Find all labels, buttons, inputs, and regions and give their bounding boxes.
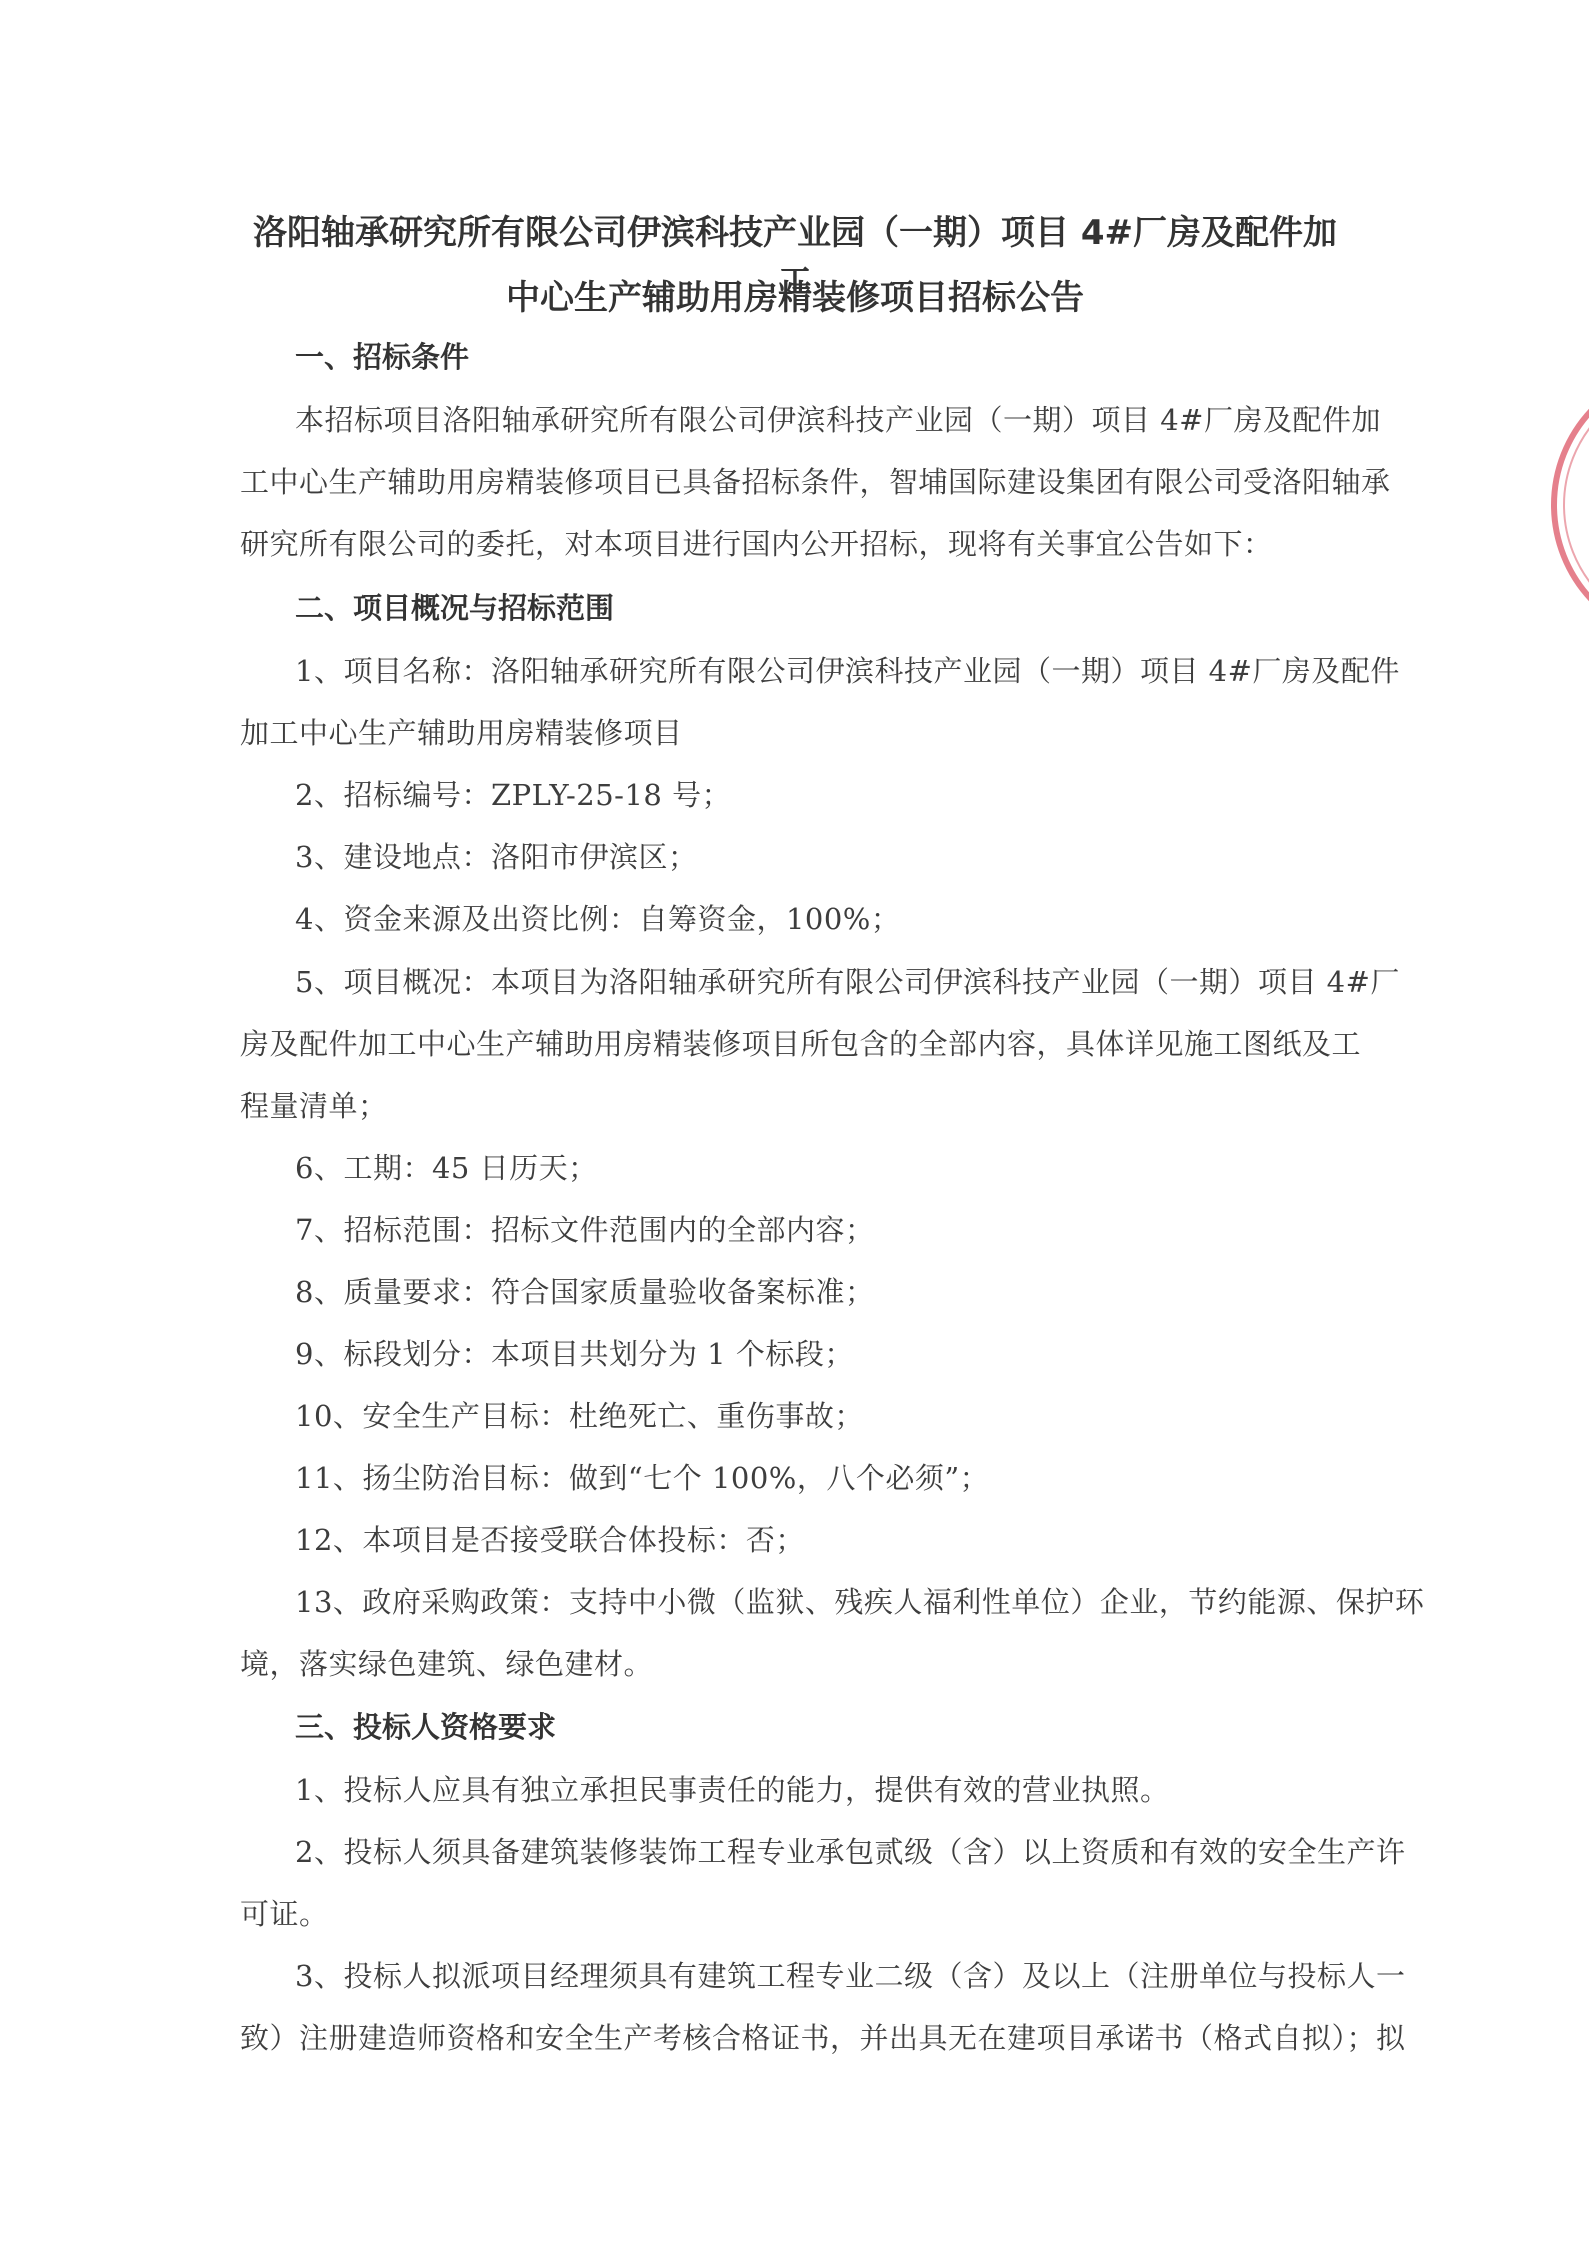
- list-item: 5、项目概况：本项目为洛阳轴承研究所有限公司伊滨科技产业园（一期）项目 4#厂: [295, 960, 1400, 1001]
- list-item: 12、本项目是否接受联合体投标：否；: [295, 1518, 805, 1559]
- list-item-continuation: 致）注册建造师资格和安全生产考核合格证书，并出具无在建项目承诺书（格式自拟）；拟: [240, 2016, 1406, 2057]
- list-item: 7、招标范围：招标文件范围内的全部内容；: [295, 1208, 874, 1249]
- list-item: 10、安全生产目标：杜绝死亡、重伤事故；: [295, 1394, 864, 1435]
- list-item: 8、质量要求：符合国家质量验收备案标准；: [295, 1270, 874, 1311]
- list-item-continuation: 程量清单；: [240, 1084, 388, 1125]
- list-item: 1、投标人应具有独立承担民事责任的能力，提供有效的营业执照。: [295, 1768, 1169, 1809]
- list-item-continuation: 房及配件加工中心生产辅助用房精装修项目所包含的全部内容，具体详见施工图纸及工: [240, 1022, 1361, 1063]
- paragraph-line: 本招标项目洛阳轴承研究所有限公司伊滨科技产业园（一期）项目 4#厂房及配件加: [295, 398, 1381, 439]
- section-heading-project-overview: 二、项目概况与招标范围: [295, 586, 614, 627]
- section-heading-bidder-qualifications: 三、投标人资格要求: [295, 1705, 556, 1746]
- list-item-continuation: 加工中心生产辅助用房精装修项目: [240, 711, 683, 752]
- list-item: 6、工期：45 日历天；: [295, 1146, 598, 1187]
- list-item: 4、资金来源及出资比例：自筹资金，100%；: [295, 897, 900, 938]
- list-item-continuation: 可证。: [240, 1892, 329, 1933]
- document-title-line-2: 中心生产辅助用房精装修项目招标公告: [240, 270, 1350, 319]
- paragraph-line: 工中心生产辅助用房精装修项目已具备招标条件，智埔国际建设集团有限公司受洛阳轴承: [240, 460, 1391, 501]
- list-item: 2、投标人须具备建筑装修装饰工程专业承包贰级（含）以上资质和有效的安全生产许: [295, 1830, 1405, 1871]
- paragraph-line: 研究所有限公司的委托，对本项目进行国内公开招标，现将有关事宜公告如下：: [240, 522, 1273, 563]
- list-item: 1、项目名称：洛阳轴承研究所有限公司伊滨科技产业园（一期）项目 4#厂房及配件: [295, 649, 1400, 690]
- list-item: 3、投标人拟派项目经理须具有建筑工程专业二级（含）及以上（注册单位与投标人一: [295, 1954, 1405, 1995]
- list-item: 3、建设地点：洛阳市伊滨区；: [295, 835, 697, 876]
- list-item-continuation: 境，落实绿色建筑、绿色建材。: [240, 1642, 653, 1683]
- document-page: 洛阳轴承研究所有限公司伊滨科技产业园（一期）项目 4#厂房及配件加工 中心生产辅…: [0, 0, 1589, 2246]
- list-item: 9、标段划分：本项目共划分为 1 个标段；: [295, 1332, 854, 1373]
- list-item: 13、政府采购政策：支持中小微（监狱、残疾人福利性单位）企业，节约能源、保护环: [295, 1580, 1424, 1621]
- list-item: 2、招标编号：ZPLY-25-18 号；: [295, 773, 731, 814]
- list-item: 11、扬尘防治目标：做到“七个 100%，八个必须”；: [295, 1456, 989, 1497]
- section-heading-bidding-conditions: 一、招标条件: [295, 335, 469, 376]
- company-seal-icon: Keypower Interna: [1502, 365, 1589, 645]
